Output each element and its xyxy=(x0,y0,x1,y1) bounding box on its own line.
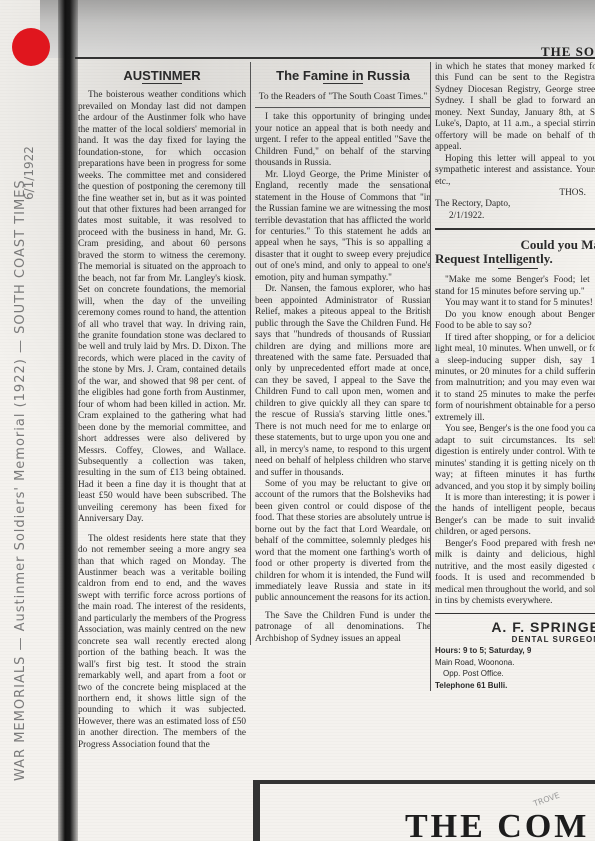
headline-famine-in-russia: The Famine in Russia xyxy=(255,70,431,81)
column-famine-in-russia: The Famine in Russia To the Readers of "… xyxy=(250,62,431,645)
dental-ad-hours: Hours: 9 to 5; Saturday, 9 xyxy=(435,645,595,656)
letter-sign-date: 2/1/1922. xyxy=(435,211,595,222)
binding-shadow xyxy=(58,0,78,841)
bottom-border-ornament xyxy=(253,780,260,841)
letter-signature: THOS. xyxy=(435,188,595,199)
ad-paragraph: You may want it to stand for 5 minutes! xyxy=(435,298,595,309)
ad-headline-line1: Could you Ma xyxy=(435,238,595,252)
headline-rule xyxy=(323,83,363,84)
paragraph: Hoping this letter will appeal to your s… xyxy=(435,154,595,188)
ad-headline-line2: Request Intelligently. xyxy=(435,252,595,266)
top-rule xyxy=(75,57,595,59)
dental-ad-address: Main Road, Woonona. xyxy=(435,657,595,668)
handwritten-margin-date: 6/1/1922 xyxy=(22,146,36,200)
ad-paragraph: It is more than interesting; it is power… xyxy=(435,493,595,539)
dental-ad-telephone: Telephone 61 Bulli. xyxy=(435,680,595,691)
dental-ad-landmark: Opp. Post Office. xyxy=(435,668,595,679)
letter-salutation: To the Readers of "The South Coast Times… xyxy=(255,90,431,108)
paragraph: The boisterous weather conditions which … xyxy=(78,90,246,525)
section-rule xyxy=(435,228,595,230)
ad-paragraph: Benger's Food prepared with fresh new mi… xyxy=(435,539,595,608)
column-austinmer: AUSTINMER The boisterous weather conditi… xyxy=(78,62,246,751)
handwritten-margin-note: WAR MEMORIALS — Austinmer Soldiers' Memo… xyxy=(13,1,28,781)
bottom-rule xyxy=(255,780,595,784)
paragraph: I take this opportunity of bringing unde… xyxy=(255,112,431,169)
ad-paragraph: If tired after shopping, or for a delici… xyxy=(435,333,595,425)
letter-sign-place: The Rectory, Dapto, xyxy=(435,199,595,210)
headline-rule xyxy=(142,83,182,84)
paragraph: in which he states that money marked for… xyxy=(435,62,595,154)
paragraph: Mr. Lloyd George, the Prime Minister of … xyxy=(255,170,431,285)
scan-shadow-top xyxy=(40,0,595,58)
headline-rule xyxy=(498,268,538,269)
dental-ad-name: A. F. SPRINGE xyxy=(435,622,595,633)
paragraph: The Save the Children Fund is under the … xyxy=(255,611,431,645)
paragraph: The oldest residents here state that the… xyxy=(78,534,246,752)
headline-austinmer: AUSTINMER xyxy=(78,70,246,81)
paragraph: Dr. Nansen, the famous explorer, who has… xyxy=(255,284,431,479)
section-rule xyxy=(435,613,595,614)
trove-stamp: TROVE xyxy=(532,791,561,809)
paragraph: Some of you may be reluctant to give on … xyxy=(255,479,431,605)
ad-paragraph: Do you know enough about Benger's Food t… xyxy=(435,310,595,333)
ad-paragraph: You see, Benger's is the one food you ca… xyxy=(435,424,595,493)
dental-ad-title: DENTAL SURGEON xyxy=(435,634,595,645)
ad-paragraph: "Make me some Benger's Food; let it stan… xyxy=(435,275,595,298)
masthead-bottom: THE COM xyxy=(405,808,589,841)
column-right: in which he states that money marked for… xyxy=(430,62,595,691)
